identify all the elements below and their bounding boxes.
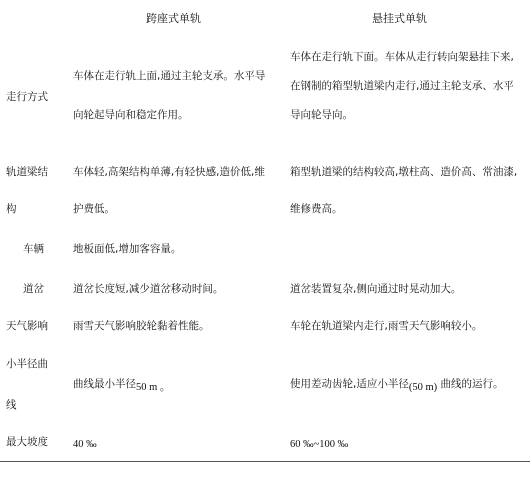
cell-straddle-small-radius: 曲线最小半径50 m 。 [73,378,170,391]
cell-suspended-small-radius-suffix: 曲线的运行。 [437,378,503,390]
cell-suspended-weather: 车轮在轨道梁内走行,雨雪天气影响较小。 [290,320,482,333]
row-label-small-radius-line1: 小半径曲 [6,358,48,371]
cell-suspended-max-gradient: 60 ‰~100 ‰ [290,438,348,451]
cell-straddle-running-mode-line2: 向轮起导向和稳定作用。 [73,109,189,122]
table-bottom-rule [0,461,530,462]
cell-straddle-small-radius-value: 50 m 。 [136,382,170,393]
header-suspended-monorail: 悬挂式单轨 [372,12,427,25]
cell-suspended-turnout: 道岔装置复杂,侧向通过时晃动加大。 [290,283,461,296]
cell-straddle-track-beam-line1: 车体轻,高架结构单薄,有轻快感,造价低,维 [73,166,265,179]
cell-straddle-small-radius-text: 曲线最小半径 [73,378,136,390]
cell-straddle-vehicle: 地板面低,增加客容量。 [73,243,181,256]
cell-suspended-running-mode-line2: 在钢制的箱型轨道梁内走行,通过主轮支承、水平 [290,80,514,93]
cell-suspended-small-radius: 使用差动齿轮,适应小半径(50 m) 曲线的运行。 [290,378,503,391]
row-label-turnout: 道岔 [23,283,44,296]
cell-suspended-running-mode-line3: 导向轮导向。 [290,109,353,122]
cell-suspended-track-beam-line1: 箱型轨道梁的结构较高,墩柱高、造价高、常油漆, [290,166,517,179]
row-label-max-gradient: 最大坡度 [6,436,48,449]
cell-straddle-max-gradient: 40 ‰ [73,438,97,451]
cell-suspended-small-radius-value: (50 m) [409,382,437,393]
header-straddle-monorail: 跨座式单轨 [146,12,201,25]
cell-straddle-track-beam-line2: 护费低。 [73,203,115,216]
cell-straddle-turnout: 道岔长度短,减少道岔移动时间。 [73,283,223,296]
row-label-running-mode: 走行方式 [6,91,48,104]
row-label-weather: 天气影响 [6,320,48,333]
cell-suspended-running-mode-line1: 车体在走行轨下面。车体从走行转向架悬挂下来, [290,51,514,64]
row-label-vehicle: 车辆 [23,243,44,256]
row-label-track-beam-line1: 轨道梁结 [6,166,48,179]
cell-straddle-running-mode-line1: 车体在走行轨上面,通过主轮支承。水平导 [73,70,265,83]
cell-suspended-track-beam-line2: 维修费高。 [290,203,343,216]
row-label-small-radius-line2: 线 [6,399,17,412]
cell-suspended-small-radius-text: 使用差动齿轮,适应小半径 [290,378,409,390]
cell-straddle-weather: 雨雪天气影响胶轮黏着性能。 [73,320,210,333]
row-label-track-beam-line2: 构 [6,203,17,216]
